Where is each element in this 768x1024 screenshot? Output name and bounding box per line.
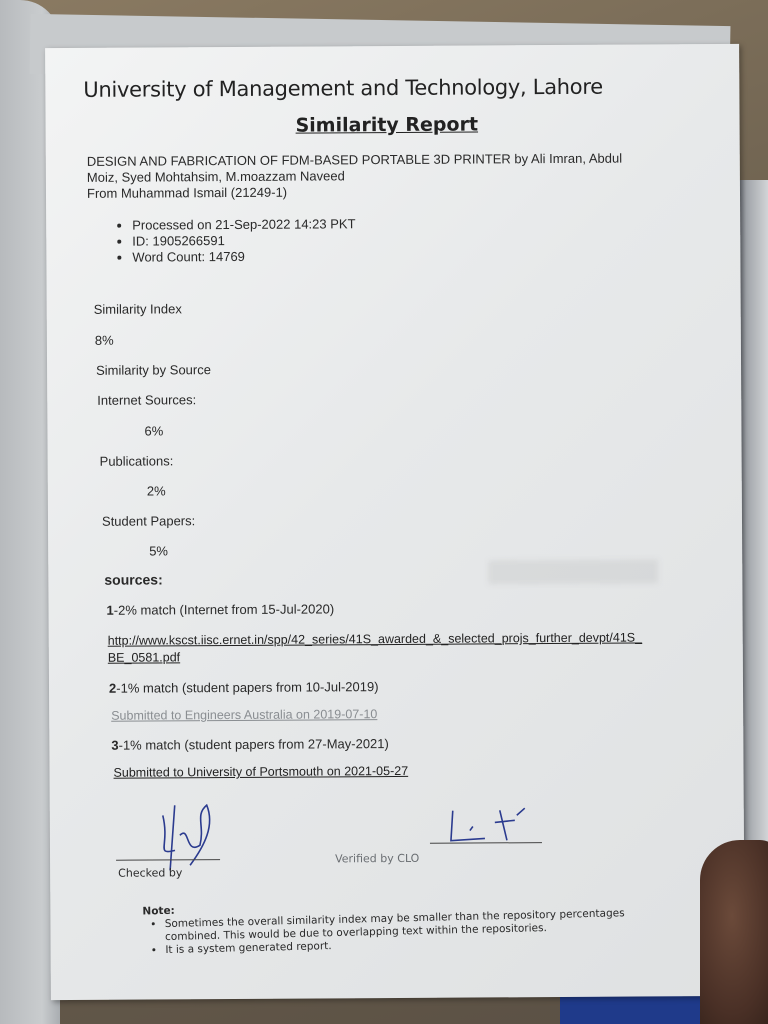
student-papers-label: Student Papers: [102,513,195,529]
similarity-by-source-label: Similarity by Source [96,362,211,378]
report-id: ID: 1905266591 [132,232,355,249]
report-metadata: Processed on 21-Sep-2022 14:23 PKT ID: 1… [112,216,356,265]
student-papers-value: 5% [149,543,168,558]
verified-by-label: Verified by CLO [335,852,419,866]
similarity-report-page: University of Management and Technology,… [45,44,745,1000]
hand-holding-page [700,840,768,1024]
source-3-link[interactable]: Submitted to University of Portsmouth on… [113,764,408,780]
internet-sources-label: Internet Sources: [97,392,196,408]
document-title-line: DESIGN AND FABRICATION OF FDM-BASED PORT… [87,150,647,185]
similarity-index-label: Similarity Index [94,301,182,317]
checked-by-signature [145,795,225,875]
source-2-match: 2-1% match (student papers from 10-Jul-2… [109,679,379,696]
checked-by-label: Checked by [118,866,182,879]
blue-object [560,995,720,1024]
document-title: DESIGN AND FABRICATION OF FDM-BASED PORT… [87,150,647,201]
similarity-index-value: 8% [95,333,114,348]
document-from-line: From Muhammad Ismail (21249-1) [87,182,647,201]
smudge [488,559,658,584]
publications-label: Publications: [100,453,174,468]
internet-sources-value: 6% [144,423,163,438]
source-1-match: 1-2% match (Internet from 15-Jul-2020) [106,601,334,617]
source-3-match-text: -1% match (student papers from 27-May-20… [119,736,389,753]
source-1-link[interactable]: http://www.kscst.iisc.ernet.in/spp/42_se… [108,630,642,647]
source-2-link[interactable]: Submitted to Engineers Australia on 2019… [111,707,377,723]
source-1-match-text: -2% match (Internet from 15-Jul-2020) [114,601,334,617]
word-count: Word Count: 14769 [132,248,355,265]
note-section: Note: Sometimes the overall similarity i… [142,894,645,958]
publications-value: 2% [147,483,166,498]
processed-date: Processed on 21-Sep-2022 14:23 PKT [132,216,355,233]
source-1-link-cont[interactable]: BE_0581.pdf [108,650,180,664]
report-title: Similarity Report [296,113,479,136]
university-title: University of Management and Technology,… [83,75,603,102]
source-2-match-text: -1% match (student papers from 10-Jul-20… [116,679,378,696]
sources-heading: sources: [104,571,162,587]
verified-by-signature [445,800,545,846]
source-3-match: 3-1% match (student papers from 27-May-2… [111,736,389,753]
